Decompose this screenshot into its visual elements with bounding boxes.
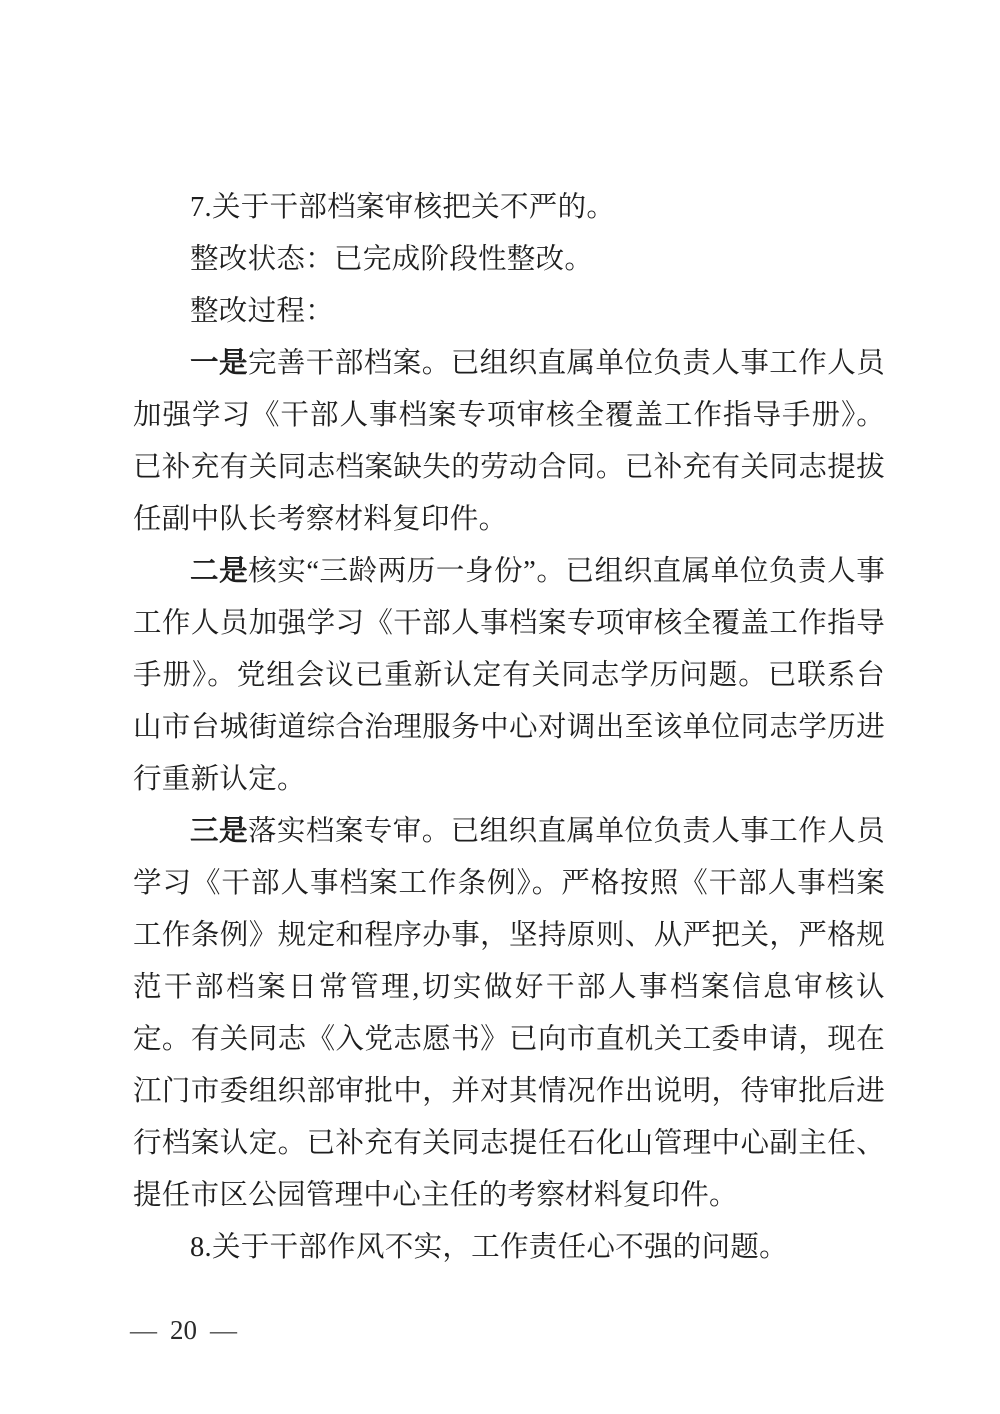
page-footer: — 20 — <box>130 1312 237 1348</box>
footer-right-dash: — <box>210 1312 237 1348</box>
document-body: 7.关于干部档案审核把关不严的。整改状态：已完成阶段性整改。整改过程：一是完善干… <box>133 182 885 1274</box>
footer-left-dash: — <box>130 1312 157 1348</box>
paragraph: 一是完善干部档案。已组织直属单位负责人事工作人员加强学习《干部人事档案专项审核全… <box>133 338 885 546</box>
page-number: 20 <box>170 1312 197 1348</box>
document-page: 7.关于干部档案审核把关不严的。整改状态：已完成阶段性整改。整改过程：一是完善干… <box>0 0 1000 1414</box>
paragraph: 整改过程： <box>133 286 885 338</box>
paragraph: 三是落实档案专审。已组织直属单位负责人事工作人员学习《干部人事档案工作条例》。严… <box>133 806 885 1222</box>
paragraph-bold-lead: 一是 <box>190 348 248 379</box>
paragraph: 整改状态：已完成阶段性整改。 <box>133 234 885 286</box>
paragraph-bold-lead: 三是 <box>190 816 248 847</box>
paragraph: 7.关于干部档案审核把关不严的。 <box>133 182 885 234</box>
paragraph-bold-lead: 二是 <box>190 556 248 587</box>
paragraph: 二是核实“三龄两历一身份”。已组织直属单位负责人事工作人员加强学习《干部人事档案… <box>133 546 885 806</box>
paragraph: 8.关于干部作风不实，工作责任心不强的问题。 <box>133 1222 885 1274</box>
